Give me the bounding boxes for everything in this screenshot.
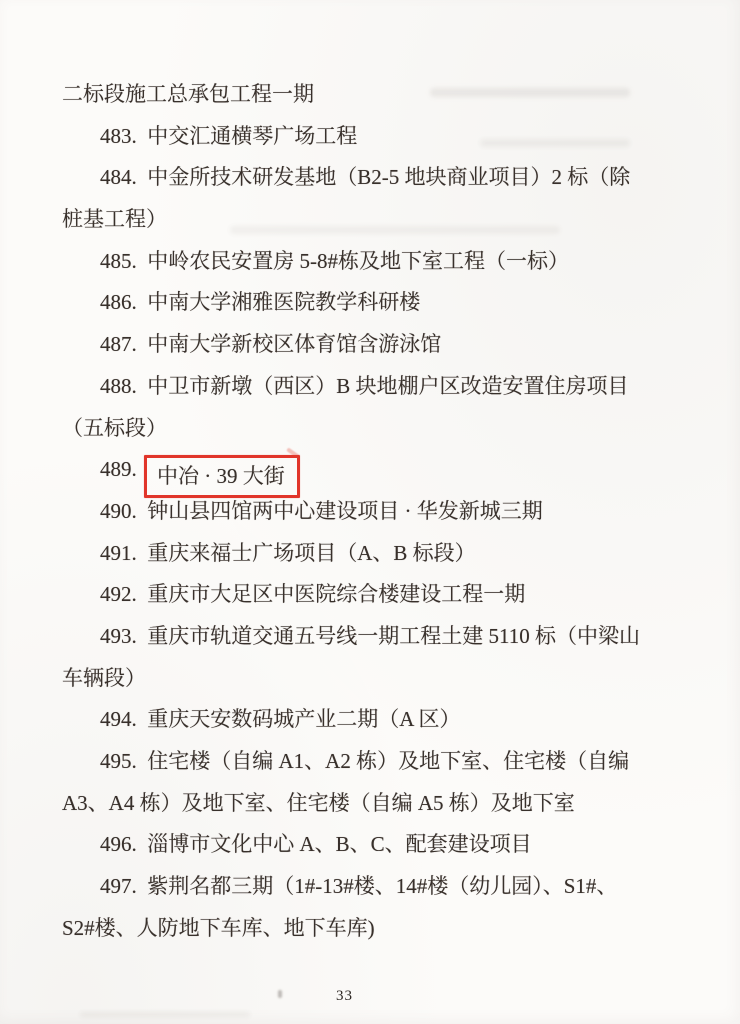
scan-artifact bbox=[278, 990, 282, 998]
list-item-487: 487. 中南大学新校区体育馆含游泳馆 bbox=[62, 324, 662, 366]
scan-artifact bbox=[80, 1012, 250, 1017]
list-item-493: 493. 重庆市轨道交通五号线一期工程土建 5110 标（中梁山 bbox=[62, 616, 662, 658]
scanned-document-page: 二标段施工总承包工程一期 483. 中交汇通横琴广场工程 484. 中金所技术研… bbox=[0, 0, 740, 1024]
page-number: 33 bbox=[336, 988, 353, 1005]
list-item-496: 496. 淄博市文化中心 A、B、C、配套建设项目 bbox=[62, 824, 662, 866]
continuation-line-493: 车辆段） bbox=[62, 658, 662, 700]
list-item-490: 490. 钟山县四馆两中心建设项目 · 华发新城三期 bbox=[62, 491, 662, 533]
continuation-line-488: （五标段） bbox=[62, 408, 662, 450]
list-item-483: 483. 中交汇通横琴广场工程 bbox=[62, 116, 662, 158]
list-item-486: 486. 中南大学湘雅医院教学科研楼 bbox=[62, 282, 662, 324]
list-item-497: 497. 紫荆名都三期（1#-13#楼、14#楼（幼儿园）、S1#、 bbox=[62, 866, 662, 908]
continuation-line-484: 桩基工程） bbox=[62, 199, 662, 241]
list-item-484: 484. 中金所技术研发基地（B2-5 地块商业项目）2 标（除 bbox=[62, 157, 662, 199]
continuation-line-section: 二标段施工总承包工程一期 bbox=[62, 74, 662, 116]
list-item-485: 485. 中岭农民安置房 5-8#栋及地下室工程（一标） bbox=[62, 241, 662, 283]
list-item-492: 492. 重庆市大足区中医院综合楼建设工程一期 bbox=[62, 574, 662, 616]
list-item-495: 495. 住宅楼（自编 A1、A2 栋）及地下室、住宅楼（自编 bbox=[62, 741, 662, 783]
list-item-488: 488. 中卫市新墩（西区）B 块地棚户区改造安置住房项目 bbox=[62, 366, 662, 408]
continuation-line-495: A3、A4 栋）及地下室、住宅楼（自编 A5 栋）及地下室 bbox=[62, 783, 662, 825]
list-item-494: 494. 重庆天安数码城产业二期（A 区） bbox=[62, 699, 662, 741]
list-item-489: 489. 中冶 · 39 大街 bbox=[62, 449, 662, 491]
list-item-491: 491. 重庆来福士广场项目（A、B 标段） bbox=[62, 533, 662, 575]
project-list: 二标段施工总承包工程一期 483. 中交汇通横琴广场工程 484. 中金所技术研… bbox=[62, 74, 662, 949]
list-item-489-number: 489. bbox=[100, 457, 142, 481]
continuation-line-497: S2#楼、人防地下车库、地下车库) bbox=[62, 908, 662, 950]
